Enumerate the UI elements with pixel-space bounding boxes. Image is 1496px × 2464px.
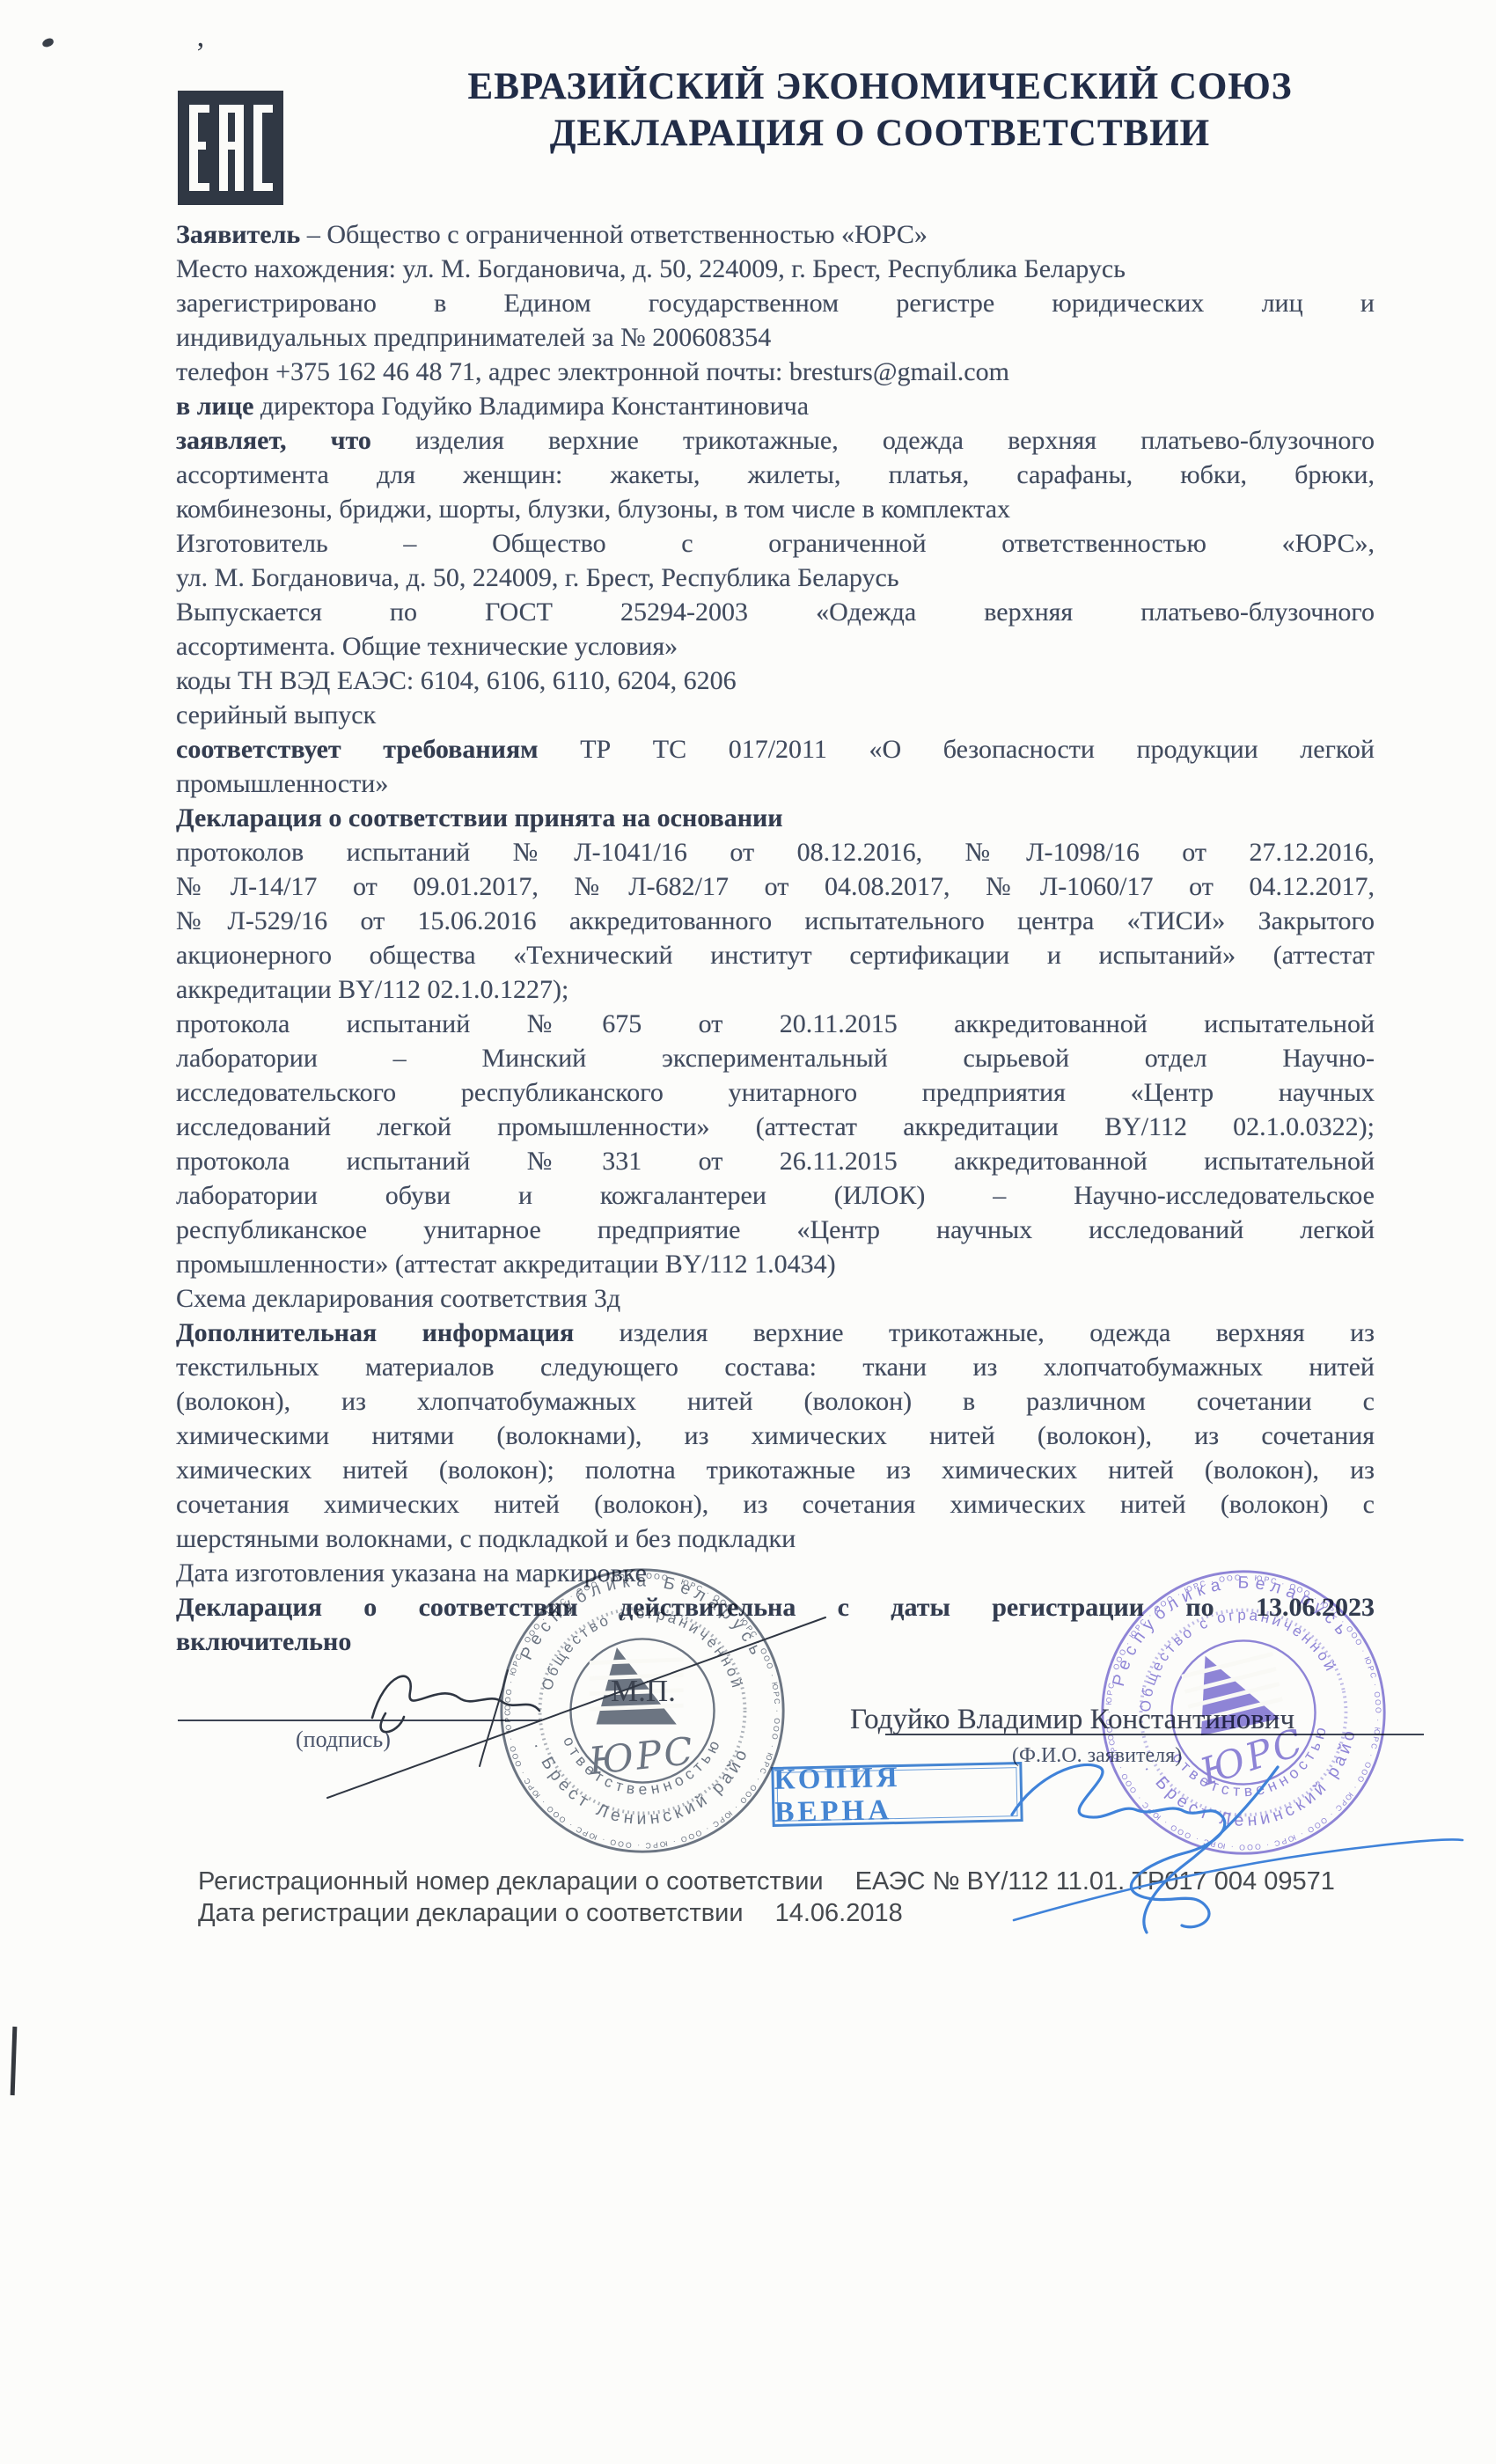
body-line: протокола испытаний №675 от 20.11.2015 а… [176,1007,1375,1041]
registration-date-label: Дата регистрации декларации о соответств… [198,1899,744,1927]
body-line: Место нахождения: ул. М. Богдановича, д.… [176,252,1375,286]
yurs-sail-logo-icon [1178,1642,1287,1737]
body-line: акционерного общества «Технический инсти… [176,938,1375,972]
document-title: ЕВРАЗИЙСКИЙ ЭКОНОМИЧЕСКИЙ СОЮЗ ДЕКЛАРАЦИ… [370,63,1390,157]
body-line: ул. М. Богдановича, д. 50, 224009, г. Бр… [176,561,1375,595]
body-line: зарегистрировано в Едином государственно… [176,286,1375,320]
company-round-stamp-gray: ООО · ЮРС · ООО · ЮРС · ООО · ЮРС · ООО … [497,1566,788,1856]
registration-date-value: 14.06.2018 [775,1899,903,1927]
body-line: ассортимента. Общие технические условия» [176,629,1375,664]
eac-mark-icon [178,91,283,205]
body-line: Изготовитель – Общество с ограниченной о… [176,526,1375,561]
copy-verna-text: КОПИЯ ВЕРНА [774,1759,1020,1830]
body-line: лаборатории обуви и кожгалантереи (ИЛОК)… [176,1178,1375,1213]
body-line: республиканское унитарное предприятие «Ц… [176,1213,1375,1247]
title-line-union: ЕВРАЗИЙСКИЙ ЭКОНОМИЧЕСКИЙ СОЮЗ [370,63,1390,110]
body-line: промышленности» [176,766,1375,801]
body-line: заявляет, что изделия верхние трикотажны… [176,423,1375,458]
body-line: коды ТН ВЭД ЕАЭС: 6104, 6106, 6110, 6204… [176,664,1375,698]
body-line: комбинезоны, бриджи, шорты, блузки, блуз… [176,492,1375,526]
body-line: в лице директора Годуйко Владимира Конст… [176,389,1375,423]
company-round-stamp-violet: ООО · ЮРС · ООО · ЮРС · ООО · ЮРС · ООО … [1071,1540,1415,1884]
body-line: №Л-14/17 от 09.01.2017, №Л-682/17 от 04.… [176,869,1375,904]
body-line: промышленности» (аттестат аккредитации B… [176,1247,1375,1281]
copy-verna-stamp: КОПИЯ ВЕРНА [771,1762,1023,1827]
body-line: текстильных материалов следующего состав… [176,1350,1375,1384]
body-line: индивидуальных предпринимателей за № 200… [176,320,1375,355]
body-line: Схема декларирования соответствия 3д [176,1281,1375,1316]
body-line: сочетания химических нитей (волокон), из… [176,1487,1375,1522]
body-line: соответствует требованиям ТР ТС 017/2011… [176,732,1375,766]
body-line: шерстяными волокнами, с подкладкой и без… [176,1522,1375,1556]
body-line: (волокон), из хлопчатобумажных нитей (во… [176,1384,1375,1419]
podpis-label: (подпись) [296,1727,428,1753]
body-line: исследовательского республиканского унит… [176,1075,1375,1110]
title-line-declaration: ДЕКЛАРАЦИЯ О СООТВЕТСТВИИ [370,110,1390,157]
body-line: химическими нитями (волокнами), из химич… [176,1419,1375,1453]
registration-date-row: Дата регистрации декларации о соответств… [198,1897,1342,1929]
mp-seal-label: М.П. [611,1674,676,1709]
body-line: телефон +375 162 46 48 71, адрес электро… [176,355,1375,389]
body-line: ассортимента для женщин: жакеты, жилеты,… [176,458,1375,492]
body-line: протоколов испытаний №Л-1041/16 от 08.12… [176,835,1375,869]
registration-number-value: ЕАЭС № BY/112 11.01. ТР017 004 09571 [855,1867,1335,1896]
body-line: протокола испытаний №331 от 26.11.2015 а… [176,1144,1375,1178]
scan-edge-mark [11,2027,18,2095]
body-line: Декларация о соответствии принята на осн… [176,801,1375,835]
body-line: Выпускается по ГОСТ 25294-2003 «Одежда в… [176,595,1375,629]
body-line: Дополнительная информация изделия верхни… [176,1316,1375,1350]
registration-number-label: Регистрационный номер декларации о соотв… [198,1867,824,1896]
scan-speck [41,37,55,48]
body-line: серийный выпуск [176,698,1375,732]
body-line: Заявитель – Общество с ограниченной отве… [176,217,1375,252]
scanned-declaration-page: { "header": { "eac_mark_text": "ЕАС", "t… [0,0,1496,2464]
scan-tick-mark: ’ [195,37,205,70]
body-line: лаборатории – Минский экспериментальный … [176,1041,1375,1075]
body-line: исследований легкой промышленности» (атт… [176,1110,1375,1144]
declaration-body-text: Заявитель – Общество с ограниченной отве… [176,217,1375,1659]
body-line: химических нитей (волокон); полотна трик… [176,1453,1375,1487]
signature-line [178,1720,542,1721]
body-line: аккредитации BY/112 02.1.0.1227); [176,972,1375,1007]
body-line: №Л-529/16 от 15.06.2016 аккредитованного… [176,904,1375,938]
